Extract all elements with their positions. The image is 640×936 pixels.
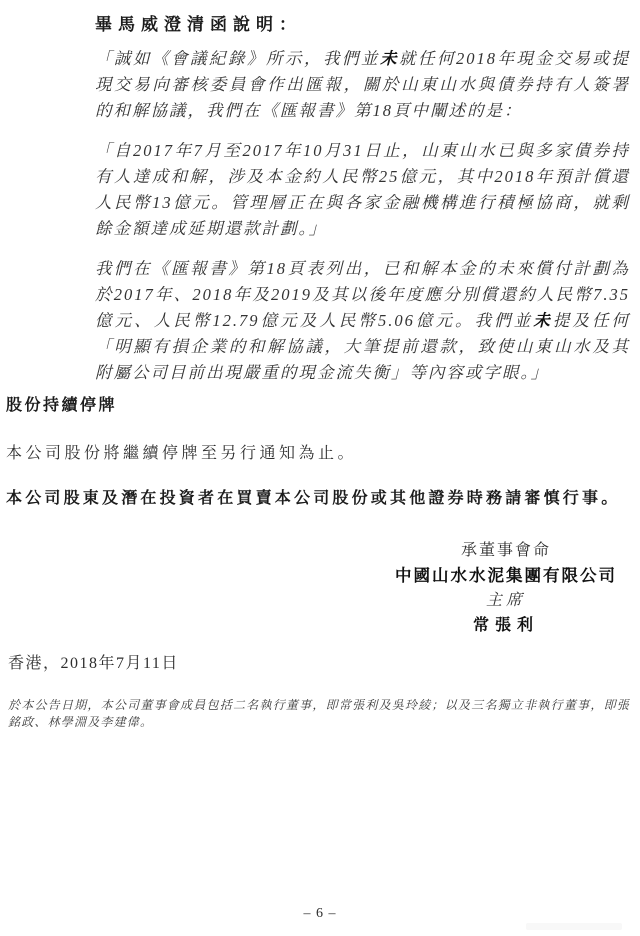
by-order-of-board-line: 承董事會命 [395,538,617,563]
kpmg-quote-paragraph-1: 「誠如《會議紀錄》所示，我們並未就任何2018年現金交易或提現交易向審核委員會作… [95,46,630,124]
company-name: 中國山水水泥集團有限公司 [395,563,617,588]
place-and-date-line: 香港，2018年7月11日 [8,651,630,677]
directors-footnote: 於本公告日期，本公司董事會成員包括二名執行董事，即常張利及吳玲綾；以及三名獨立非… [8,697,630,731]
signature-block: 承董事會命 中國山水水泥集團有限公司 主席 常張利 [6,538,630,638]
quote1-run-1: 「誠如《會議紀錄》所示，我們並 [95,49,380,68]
chairman-title: 主席 [395,588,617,613]
announcement-page: 畢馬威澄清函說明： 「誠如《會議紀錄》所示，我們並未就任何2018年現金交易或提… [0,0,640,936]
document-body: 畢馬威澄清函說明： 「誠如《會議紀錄》所示，我們並未就任何2018年現金交易或提… [0,0,640,936]
kpmg-clarification-title: 畢馬威澄清函說明： [95,12,630,38]
kpmg-quote-paragraph-2: 「自2017年7月至2017年10月31日止，山東山水已與多家債券持有人達成和解… [95,138,630,242]
suspension-body-text: 本公司股份將繼續停牌至另行通知為止。 [6,441,630,467]
chairman-name: 常張利 [395,613,617,638]
investor-caution-statement: 本公司股東及潛在投資者在買賣本公司股份或其他證券時務請審慎行事。 [6,486,630,512]
quote1-bold-emphasis: 未 [380,49,399,68]
scan-watermark-artifact [526,923,622,930]
signature-column: 承董事會命 中國山水水泥集團有限公司 主席 常張利 [395,538,617,638]
kpmg-quote-paragraph-3: 我們在《匯報書》第18頁表列出，已和解本金的未來償付計劃為於2017年、2018… [95,256,630,386]
page-number: – 6 – [0,906,640,922]
suspension-section-heading: 股份持續停牌 [6,393,630,419]
quote3-bold-emphasis: 未 [533,311,553,330]
